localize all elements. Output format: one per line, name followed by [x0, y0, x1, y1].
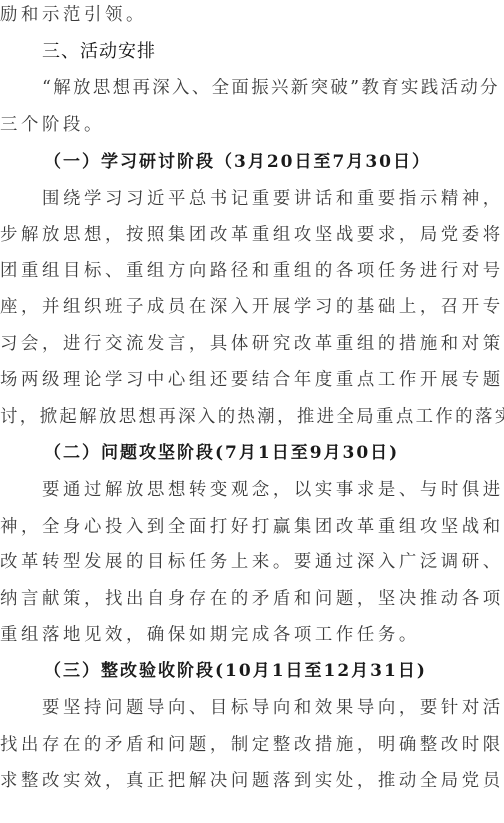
stage-heading-1: （一）学习研讨阶段（3月20日至7月30日）: [44, 151, 431, 173]
paragraph-line: 团重组目标、重组方向路径和重组的各项任务进行对号入: [0, 260, 500, 282]
paragraph-line: 步解放思想，按照集团改革重组攻坚战要求，局党委将对集: [0, 224, 500, 246]
paragraph-line: 要通过解放思想转变观念，以实事求是、与时俱进的精: [42, 479, 500, 501]
paragraph-line: 座，并组织班子成员在深入开展学习的基础上，召开专题学: [0, 296, 500, 318]
paragraph-line: 找出存在的矛盾和问题，制定整改措施，明确整改时限，务: [0, 734, 500, 756]
paragraph-line: “解放思想再深入、全面振兴新突破”教育实践活动分: [42, 77, 500, 99]
paragraph-line: 讨，掀起解放思想再深入的热潮，推进全局重点工作的落实。: [0, 406, 500, 428]
paragraph-line: 重组落地见效，确保如期完成各项工作任务。: [0, 624, 500, 646]
paragraph-line: 习会，进行交流发言，具体研究改革重组的措施和对策。局: [0, 333, 500, 355]
stage-heading-3: （三）整改验收阶段(10月1日至12月31日): [44, 660, 427, 682]
paragraph-line: 场两级理论学习中心组还要结合年度重点工作开展专题研: [0, 369, 500, 391]
paragraph-line: 纳言献策，找出自身存在的矛盾和问题，坚决推动各项改革: [0, 588, 500, 610]
paragraph-line: 要坚持问题导向、目标导向和效果导向，要针对活动中: [42, 697, 500, 719]
paragraph-line: 神，全身心投入到全面打好打赢集团改革重组攻坚战和企业: [0, 516, 500, 538]
paragraph-line: 围绕学习习近平总书记重要讲话和重要指示精神，进一: [42, 188, 500, 210]
paragraph-line: 改革转型发展的目标任务上来。要通过深入广泛调研、开门: [0, 551, 500, 573]
stage-heading-2: （二）问题攻坚阶段(7月1日至9月30日): [44, 442, 399, 464]
paragraph-line: 三个阶段。: [0, 114, 500, 136]
section-heading: 三、活动安排: [42, 41, 156, 63]
paragraph-line: 求整改实效，真正把解决问题落到实处，推动全局党员干部: [0, 770, 500, 792]
paragraph-line: 励和示范引领。: [0, 4, 500, 26]
